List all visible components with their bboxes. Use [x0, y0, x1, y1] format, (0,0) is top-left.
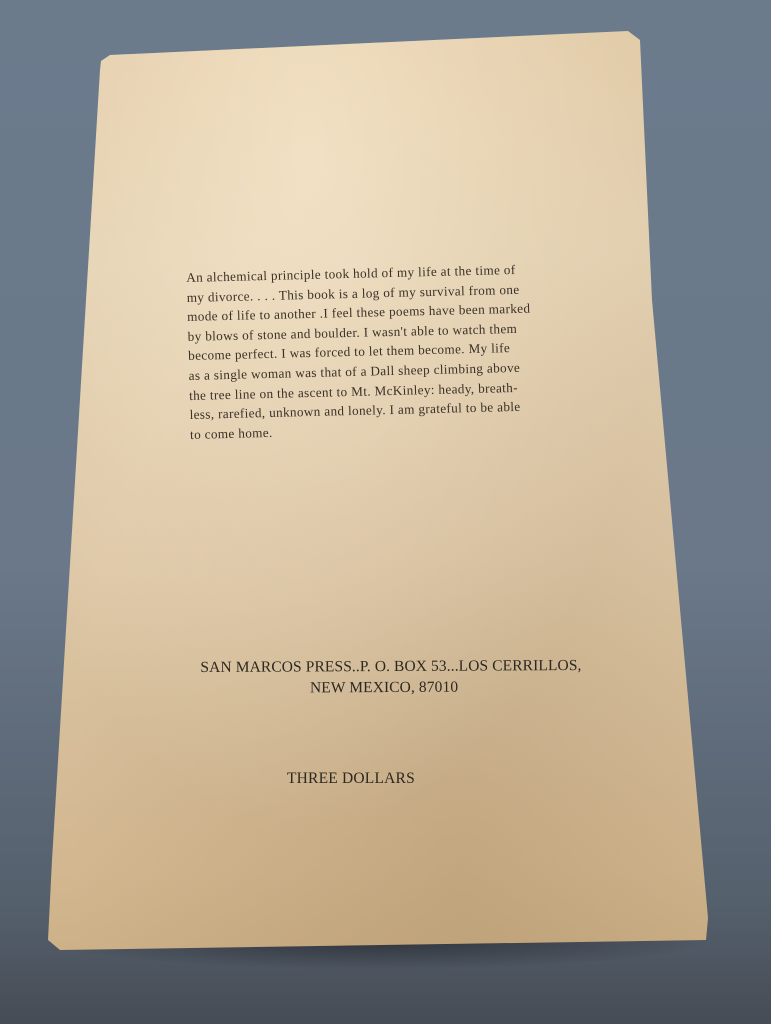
publisher-line-2: NEW MEXICO, 87010: [167, 676, 601, 699]
blurb-text: An alchemical principle took hold of my …: [186, 258, 610, 445]
back-cover: [0, 0, 771, 1024]
price-label: THREE DOLLARS: [287, 770, 415, 788]
book-photo: An alchemical principle took hold of my …: [0, 0, 771, 1024]
publisher-address: SAN MARCOS PRESS..P. O. BOX 53...LOS CER…: [181, 655, 601, 699]
publisher-line-1: SAN MARCOS PRESS..P. O. BOX 53...LOS CER…: [181, 655, 601, 678]
